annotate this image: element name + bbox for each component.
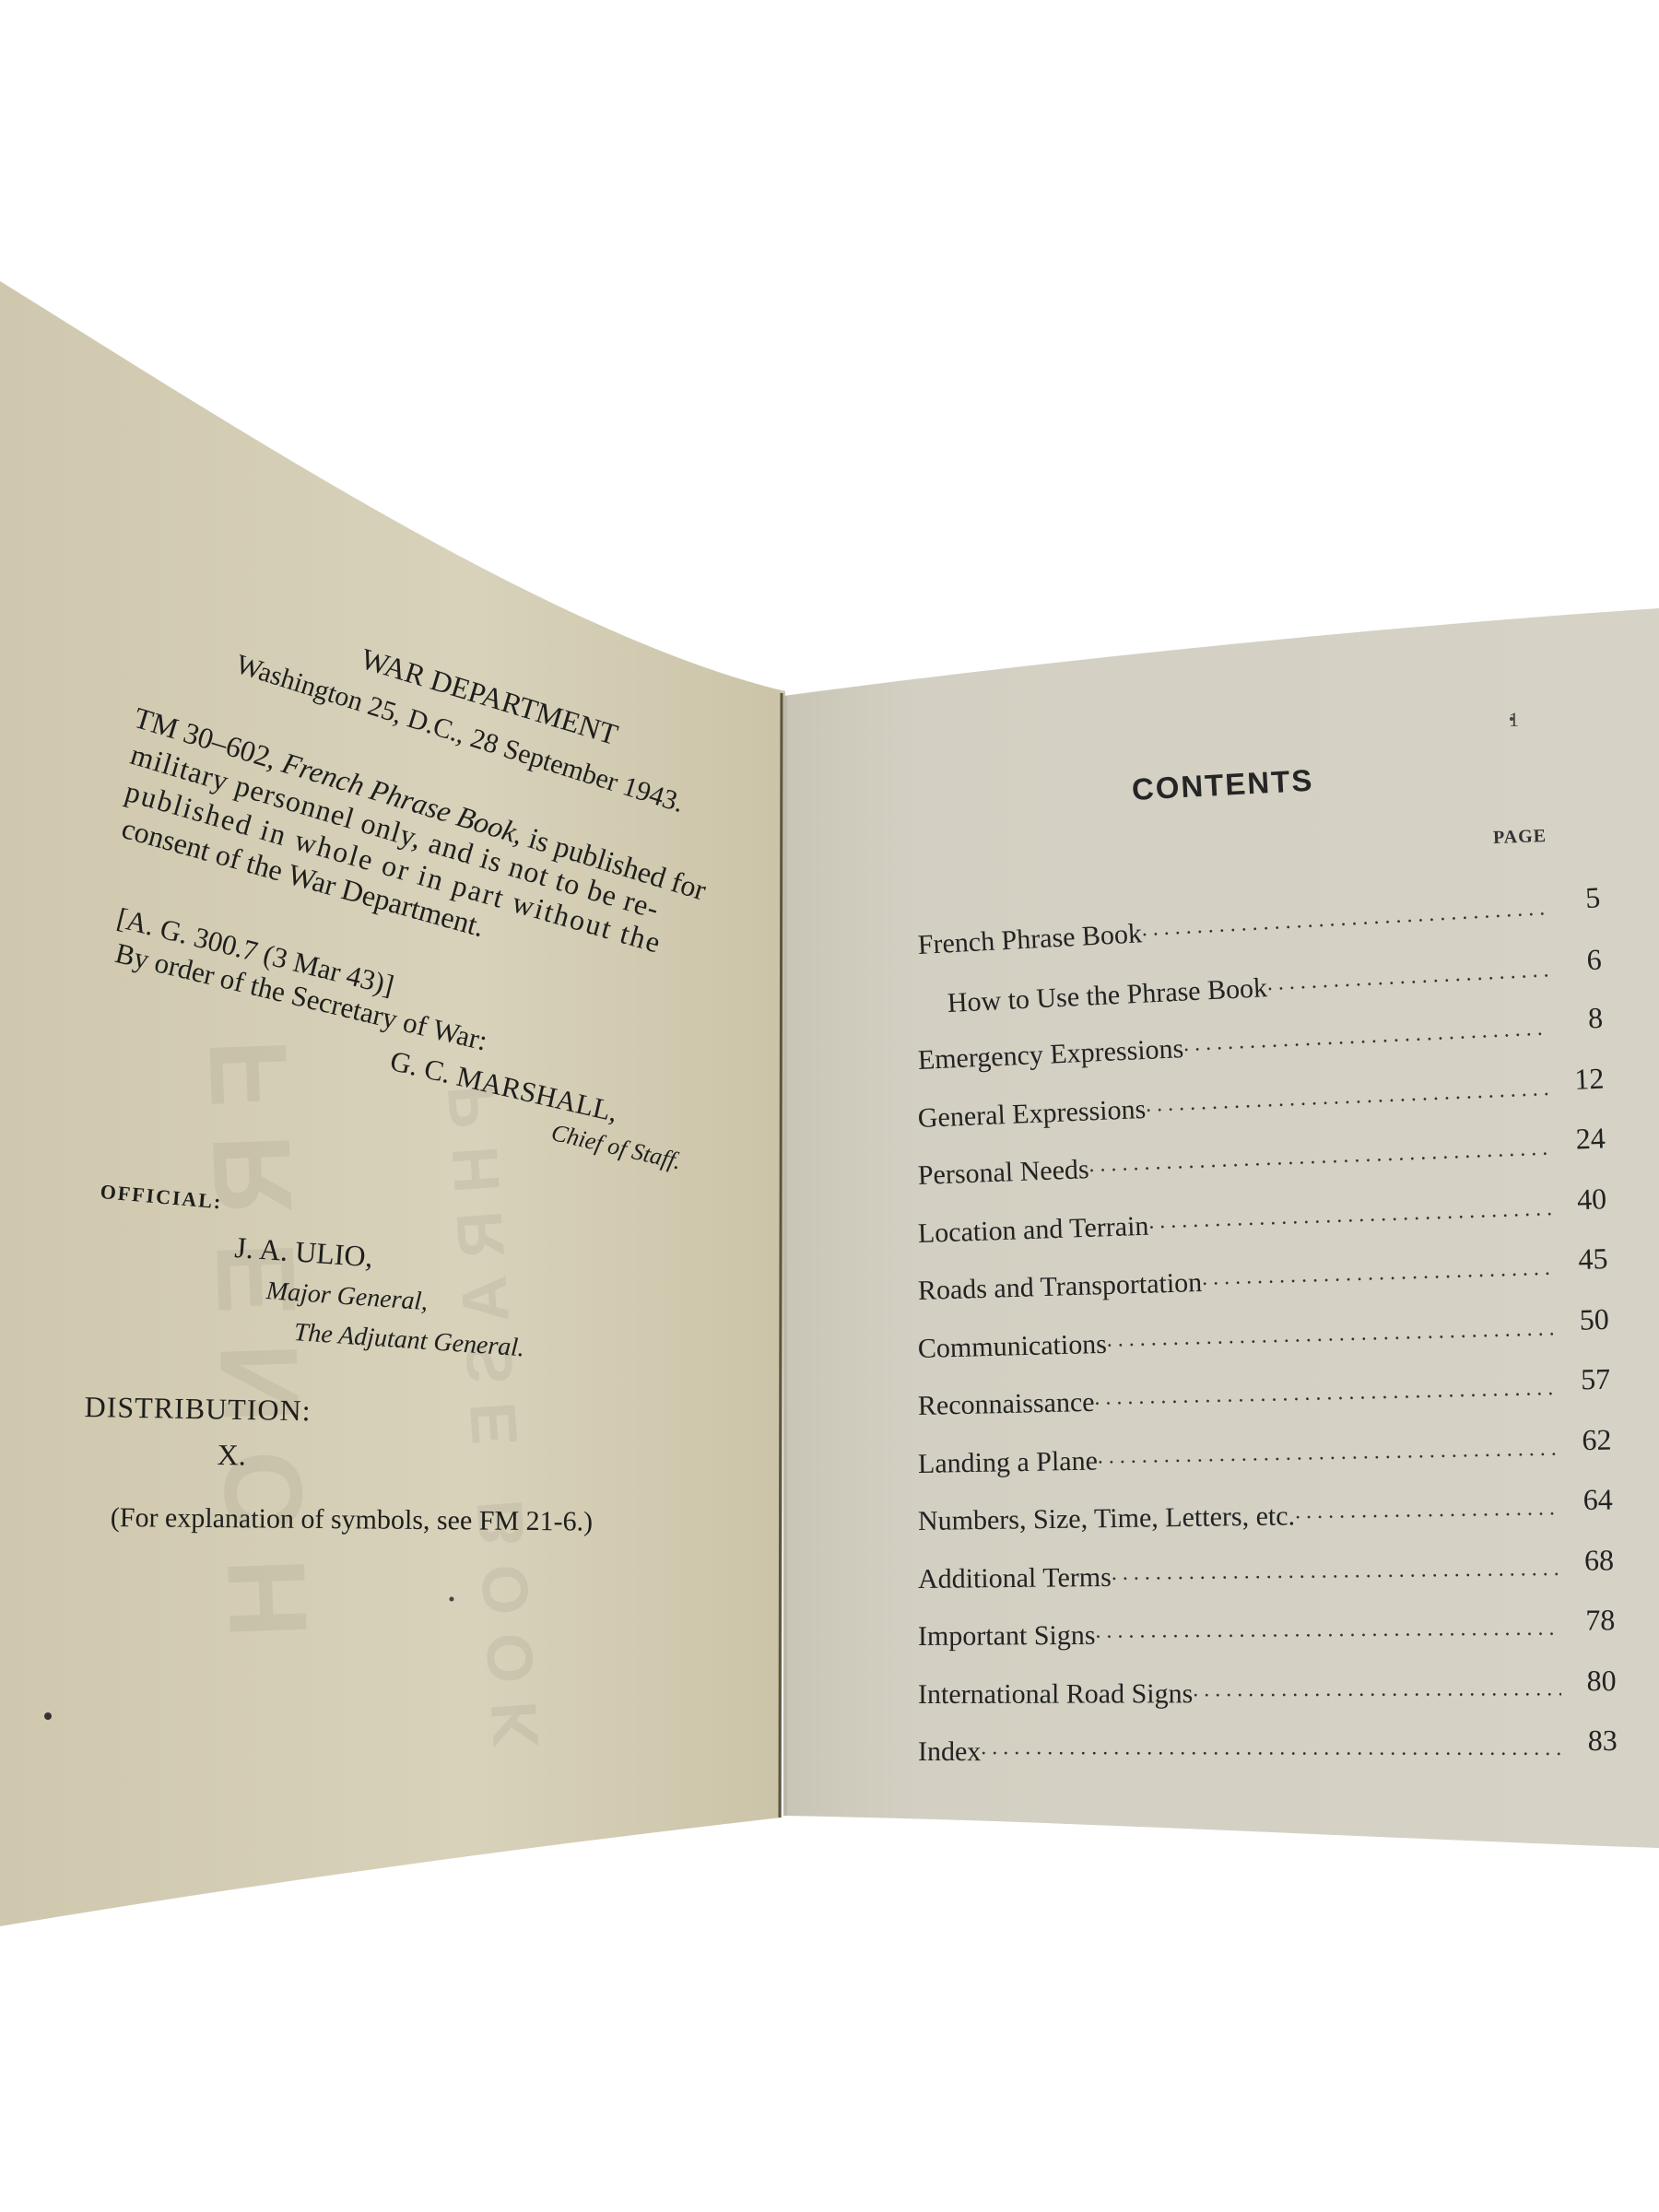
contents-entry-title: Important Signs <box>918 1620 1096 1653</box>
contents-entry-title: Numbers, Size, Time, Letters, etc. <box>918 1500 1296 1537</box>
contents-entry-title: International Road Signs <box>918 1678 1193 1711</box>
contents-entry-page: 62 <box>1582 1422 1612 1457</box>
page-marker: 1 <box>1509 708 1519 732</box>
distribution-label: DISTRIBUTION: <box>84 1390 311 1428</box>
left-page <box>0 281 785 1926</box>
contents-entry: Important Signs.........................… <box>918 1616 1616 1657</box>
contents-entry-page: 50 <box>1579 1301 1609 1336</box>
contents-entry-page: 5 <box>1584 880 1601 915</box>
contents-entry: Index...................................… <box>918 1735 1618 1773</box>
contents-entry-page: 6 <box>1586 942 1603 977</box>
contents-entry-page: 12 <box>1574 1061 1605 1096</box>
contents-entry-page: 80 <box>1587 1664 1617 1698</box>
contents-entry-page: 24 <box>1575 1121 1606 1156</box>
contents-entry-page: 64 <box>1583 1482 1613 1516</box>
contents-entry-title: Additional Terms <box>918 1561 1112 1594</box>
contents-entry-page: 57 <box>1581 1362 1611 1397</box>
distribution-value: X. <box>217 1438 246 1473</box>
leader-dots: ........................................… <box>981 1735 1562 1761</box>
leader-dots: ........................................… <box>1193 1677 1561 1702</box>
contents-entry: International Road Signs................… <box>918 1677 1617 1715</box>
contents-entry-page: 78 <box>1585 1603 1615 1637</box>
contents-entry-page: 45 <box>1578 1241 1608 1277</box>
leader-dots: ........................................… <box>1112 1556 1559 1585</box>
contents-entry-title: Personal Needs <box>917 1154 1089 1192</box>
contents-entry-page: 83 <box>1588 1724 1618 1758</box>
leader-dots: ........................................… <box>1095 1617 1559 1644</box>
page-column-label: PAGE <box>1493 826 1547 849</box>
contents-entry-page: 8 <box>1587 1001 1604 1036</box>
contents-entry: Additional Terms........................… <box>918 1556 1615 1600</box>
distribution-note: (For explanation of symbols, see FM 21-6… <box>111 1502 594 1538</box>
contents-entry-title: Communications <box>918 1328 1108 1364</box>
leader-dots: ........................................… <box>1295 1496 1558 1524</box>
contents-entry-title: Index <box>918 1736 981 1768</box>
contents-entry-title: Landing a Plane <box>918 1445 1099 1479</box>
spine <box>780 693 782 1818</box>
contents-entry-title: Roads and Transportation <box>917 1267 1202 1307</box>
contents-entry-page: 68 <box>1584 1543 1614 1577</box>
contents-entry-title: Reconnaissance <box>918 1387 1095 1422</box>
contents-entry-title: Location and Terrain <box>917 1210 1149 1249</box>
contents-entry-page: 40 <box>1576 1182 1606 1217</box>
